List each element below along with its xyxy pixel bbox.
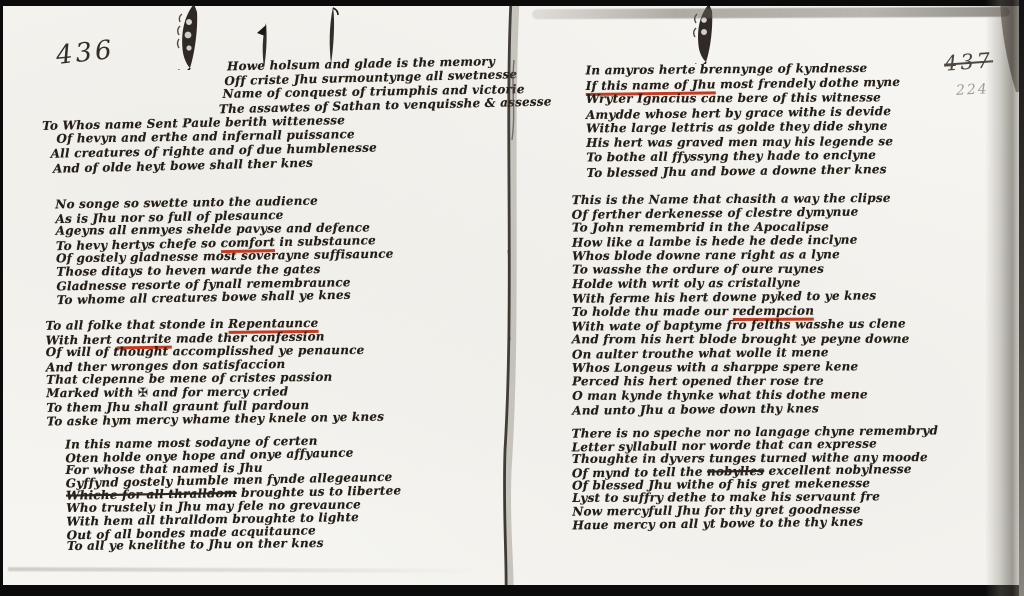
manuscript-photo: 436 437 224 Howe [0,0,1024,596]
page-edge-shadow [8,567,478,573]
stanza: To all folke that stonde in RepentaunceW… [45,316,384,428]
manuscript-line: Whos Longeus with a sharppe spere kene [572,359,910,375]
manuscript-line: Perced his hert opened ther rose tre [572,374,910,389]
photo-border-top [0,0,1024,6]
page-edge-shadow-right [985,0,1019,596]
manuscript-line: Haue mercy on all yt bowe to the thy kne… [572,515,939,533]
manuscript-line: Marked with ✠ and for mercy cried [46,385,384,401]
photo-border-left [0,0,3,596]
struck-text: nobylles [707,464,764,479]
stanza: There is no speche nor no langage chyne … [572,424,939,531]
photo-border-right [1019,0,1024,596]
manuscript-line: His hert was graved men may his legende … [586,134,901,150]
stanza: In amyros herte brennynge of kyndnesseIf… [585,61,900,180]
manuscript-line: To aske hym mercy whame they knele on ye… [46,411,384,430]
red-underline-mark: comfort [220,235,275,253]
stanza: Howe holsum and glade is the memoryOff c… [41,53,553,175]
manuscript-line: To wasshe the ordure of oure ruynes [572,261,891,276]
page-edge-shadow [532,7,1010,20]
photo-border-bottom [0,585,1024,596]
stanza: In this name most sodayne of certenOten … [65,433,402,553]
stanza: No songe so swette unto the audienceAs i… [55,194,394,307]
manuscript-line: To all ye knelithe to Jhu on ther knes [67,536,402,553]
stanza: To holde thu made our redempcionWith wat… [572,303,910,417]
manuscript-line: And unto Jhu a bowe down thy knes [572,400,910,417]
stanza: This is the Name that chasith a way the … [572,191,892,305]
manuscript-line: Lyst to suffry dethe to make his servaun… [572,490,938,505]
